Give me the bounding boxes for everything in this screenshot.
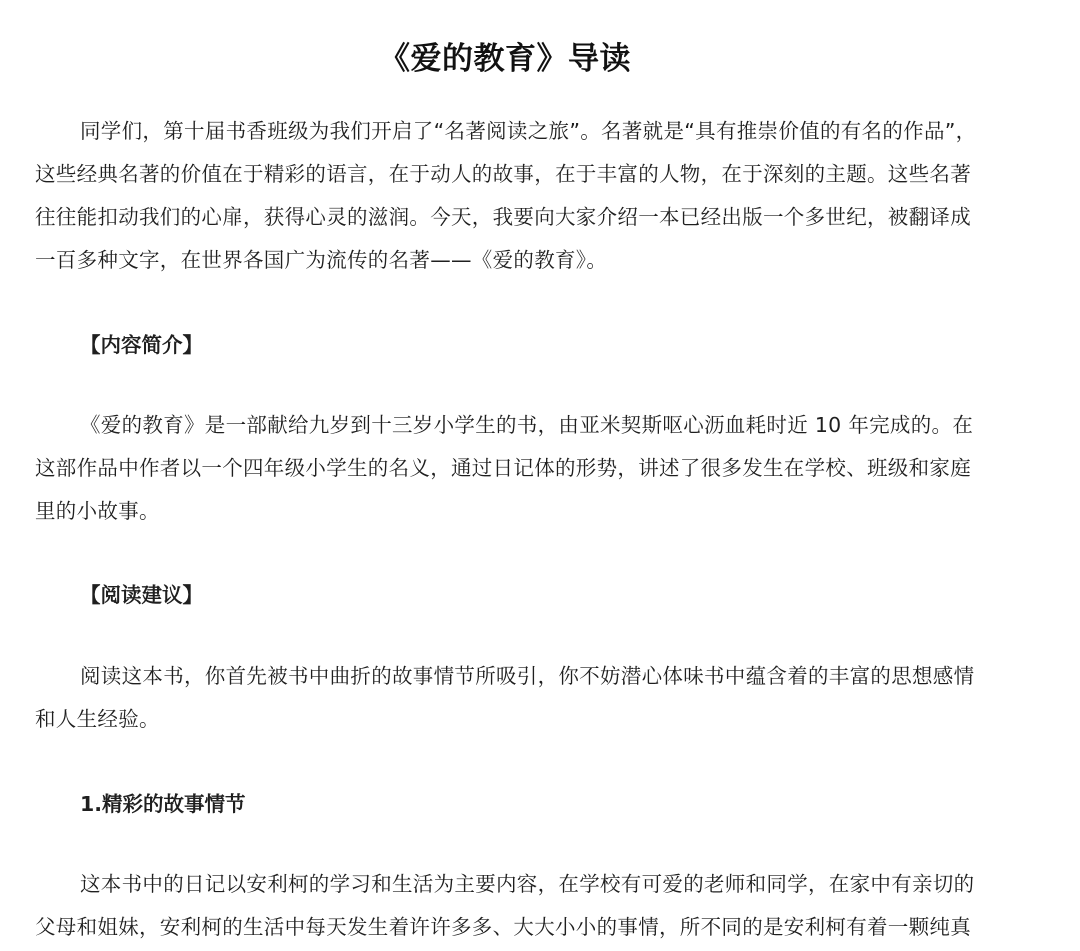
- text-line: 这部作品中作者以一个四年级小学生的名义，通过日记体的形势，讲述了很多发生在学校、…: [35, 447, 1027, 490]
- section-heading-content-summary: 【内容简介】: [80, 324, 203, 367]
- text-line: 这些经典名著的价值在于精彩的语言，在于动人的故事，在于丰富的人物，在于深刻的主题…: [35, 153, 1027, 196]
- text-line: 这本书中的日记以安利柯的学习和生活为主要内容，在学校有可爱的老师和同学，在家中有…: [35, 863, 1027, 906]
- section-heading-reading-advice: 【阅读建议】: [80, 574, 203, 617]
- text-line: 往往能扣动我们的心扉，获得心灵的滋润。今天，我要向大家介绍一本已经出版一个多世纪…: [35, 196, 1027, 239]
- reading-advice-paragraph: 阅读这本书，你首先被书中曲折的故事情节所吸引，你不妨潜心体味书中蕴含着的丰富的思…: [35, 655, 1027, 741]
- text-line: 同学们，第十届书香班级为我们开启了“名著阅读之旅”。名著就是“具有推崇价值的有名…: [35, 110, 1027, 153]
- document-title: 《爱的教育》导读: [0, 35, 1045, 83]
- content-summary-paragraph: 《爱的教育》是一部献给九岁到十三岁小学生的书，由亚米契斯呕心沥血耗时近 10 年…: [35, 404, 1027, 533]
- text-line: 一百多种文字，在世界各国广为流传的名著——《爱的教育》。: [35, 239, 1027, 282]
- plot-paragraph: 这本书中的日记以安利柯的学习和生活为主要内容，在学校有可爱的老师和同学，在家中有…: [35, 863, 1027, 949]
- text-line: 《爱的教育》是一部献给九岁到十三岁小学生的书，由亚米契斯呕心沥血耗时近 10 年…: [35, 404, 1027, 447]
- intro-paragraph: 同学们，第十届书香班级为我们开启了“名著阅读之旅”。名著就是“具有推崇价值的有名…: [35, 110, 1027, 282]
- text-line: 和人生经验。: [35, 698, 1027, 741]
- text-line: 阅读这本书，你首先被书中曲折的故事情节所吸引，你不妨潜心体味书中蕴含着的丰富的思…: [35, 655, 1027, 698]
- text-line: 里的小故事。: [35, 490, 1027, 533]
- text-line: 父母和姐妹，安利柯的生活中每天发生着许许多多、大大小小的事情，所不同的是安利柯有…: [35, 906, 1027, 949]
- subsection-heading-plot: 1.精彩的故事情节: [80, 783, 246, 826]
